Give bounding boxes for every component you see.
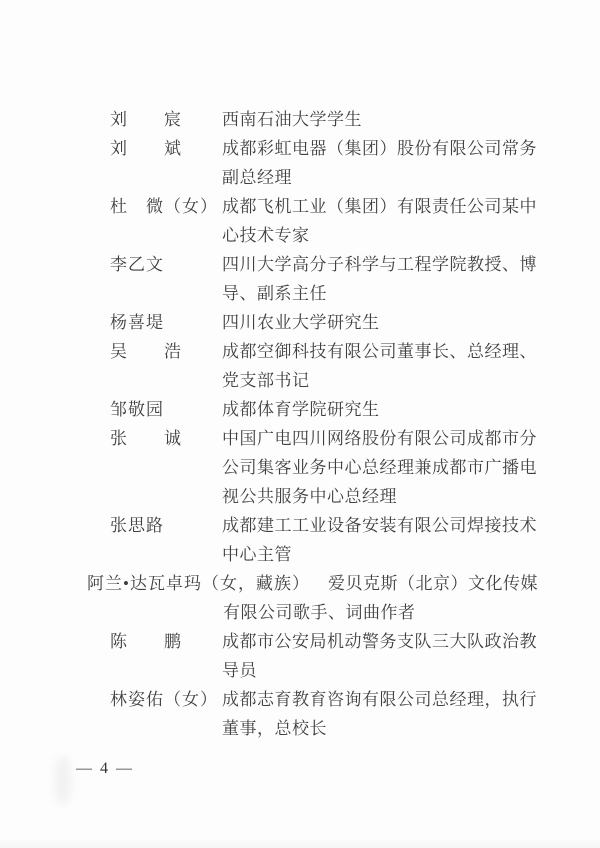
- person-name: 吴 浩: [110, 337, 222, 366]
- person-title: 成都飞机工业（集团）有限责任公司某中 心技术专家: [222, 192, 537, 250]
- person-title: 西南石油大学学生: [222, 105, 362, 134]
- person-name: 刘 宸: [110, 105, 222, 134]
- person-title-line: 中心主管: [222, 540, 537, 569]
- person-title-line: 成都建工工业设备安装有限公司焊接技术: [222, 511, 537, 540]
- person-title-line: 成都空御科技有限公司董事长、总经理、: [222, 337, 537, 366]
- person-name: 刘 斌: [110, 134, 222, 163]
- person-title-line: 心技术专家: [222, 221, 537, 250]
- list-item: 陈 鹏 成都市公安局机动警务支队三大队政治教 导员: [0, 627, 538, 685]
- person-title-line: 四川农业大学研究生: [222, 308, 380, 337]
- scan-smudge: [55, 756, 71, 804]
- list-item: 张思路 成都建工工业设备安装有限公司焊接技术 中心主管: [0, 511, 538, 569]
- person-title: 成都志育教育咨询有限公司总经理，执行 董事，总校长: [222, 685, 537, 743]
- page-number: — 4 —: [76, 760, 134, 778]
- person-title-line: 成都彩虹电器（集团）股份有限公司常务: [222, 134, 537, 163]
- list-item: 李乙文 四川大学高分子科学与工程学院教授、博 导、副系主任: [0, 250, 538, 308]
- person-title-line: 董事，总校长: [222, 714, 537, 743]
- person-title: 成都体育学院研究生: [222, 395, 380, 424]
- person-title-line: 西南石油大学学生: [222, 105, 362, 134]
- person-title-line: 成都市公安局机动警务支队三大队政治教: [222, 627, 537, 656]
- person-title-line: 副总经理: [222, 163, 537, 192]
- person-title: 成都市公安局机动警务支队三大队政治教 导员: [222, 627, 537, 685]
- person-title-line: 爱贝克斯（北京）文化传媒: [328, 574, 538, 593]
- person-name: 林姿佑（女）: [110, 685, 222, 714]
- list-item: 杨喜堤 四川农业大学研究生: [0, 308, 538, 337]
- person-title-line: 成都志育教育咨询有限公司总经理，执行: [222, 685, 537, 714]
- person-title-line: 视公共服务中心总经理: [222, 482, 537, 511]
- person-title: 成都空御科技有限公司董事长、总经理、 党支部书记: [222, 337, 537, 395]
- person-name: 张思路: [110, 511, 222, 540]
- person-title-line: 四川大学高分子科学与工程学院教授、博: [222, 250, 537, 279]
- list-item: 林姿佑（女） 成都志育教育咨询有限公司总经理，执行 董事，总校长: [0, 685, 538, 743]
- person-name: 李乙文: [110, 250, 222, 279]
- person-title: 四川大学高分子科学与工程学院教授、博 导、副系主任: [222, 250, 537, 308]
- person-name: 张 诚: [110, 424, 222, 453]
- person-title: 成都建工工业设备安装有限公司焊接技术 中心主管: [222, 511, 537, 569]
- person-name: 陈 鹏: [110, 627, 222, 656]
- honoree-list: 刘 宸 西南石油大学学生 刘 斌 成都彩虹电器（集团）股份有限公司常务 副总经理…: [0, 105, 538, 743]
- person-name: 杨喜堤: [110, 308, 222, 337]
- person-title: 中国广电四川网络股份有限公司成都市分 公司集客业务中心总经理兼成都市广播电 视公…: [222, 424, 537, 511]
- person-title-line: 党支部书记: [222, 366, 537, 395]
- person-title-line: 成都飞机工业（集团）有限责任公司某中: [222, 192, 537, 221]
- list-item: 吴 浩 成都空御科技有限公司董事长、总经理、 党支部书记: [0, 337, 538, 395]
- person-title-line: 导员: [222, 656, 537, 685]
- person-title: 四川农业大学研究生: [222, 308, 380, 337]
- list-item: 杜 微（女） 成都飞机工业（集团）有限责任公司某中 心技术专家: [0, 192, 538, 250]
- person-title-line: 导、副系主任: [222, 279, 537, 308]
- scan-edge-shadow: [0, 838, 600, 848]
- entry-line: 阿兰•达瓦卓玛（女，藏族）爱贝克斯（北京）文化传媒: [87, 569, 538, 598]
- list-item: 阿兰•达瓦卓玛（女，藏族）爱贝克斯（北京）文化传媒 有限公司歌手、词曲作者: [0, 569, 538, 627]
- person-name: 杜 微（女）: [110, 192, 222, 221]
- person-title-line: 公司集客业务中心总经理兼成都市广播电: [222, 453, 537, 482]
- person-title-line: 有限公司歌手、词曲作者: [223, 598, 538, 627]
- person-name: 阿兰•达瓦卓玛（女，藏族）: [87, 574, 310, 593]
- person-title: 成都彩虹电器（集团）股份有限公司常务 副总经理: [222, 134, 537, 192]
- list-item: 邹敬园 成都体育学院研究生: [0, 395, 538, 424]
- scanned-document-page: 刘 宸 西南石油大学学生 刘 斌 成都彩虹电器（集团）股份有限公司常务 副总经理…: [0, 0, 600, 848]
- list-item: 张 诚 中国广电四川网络股份有限公司成都市分 公司集客业务中心总经理兼成都市广播…: [0, 424, 538, 511]
- list-item: 刘 斌 成都彩虹电器（集团）股份有限公司常务 副总经理: [0, 134, 538, 192]
- person-title-line: 中国广电四川网络股份有限公司成都市分: [222, 424, 537, 453]
- person-name: 邹敬园: [110, 395, 222, 424]
- list-item: 刘 宸 西南石油大学学生: [0, 105, 538, 134]
- person-title-line: 成都体育学院研究生: [222, 395, 380, 424]
